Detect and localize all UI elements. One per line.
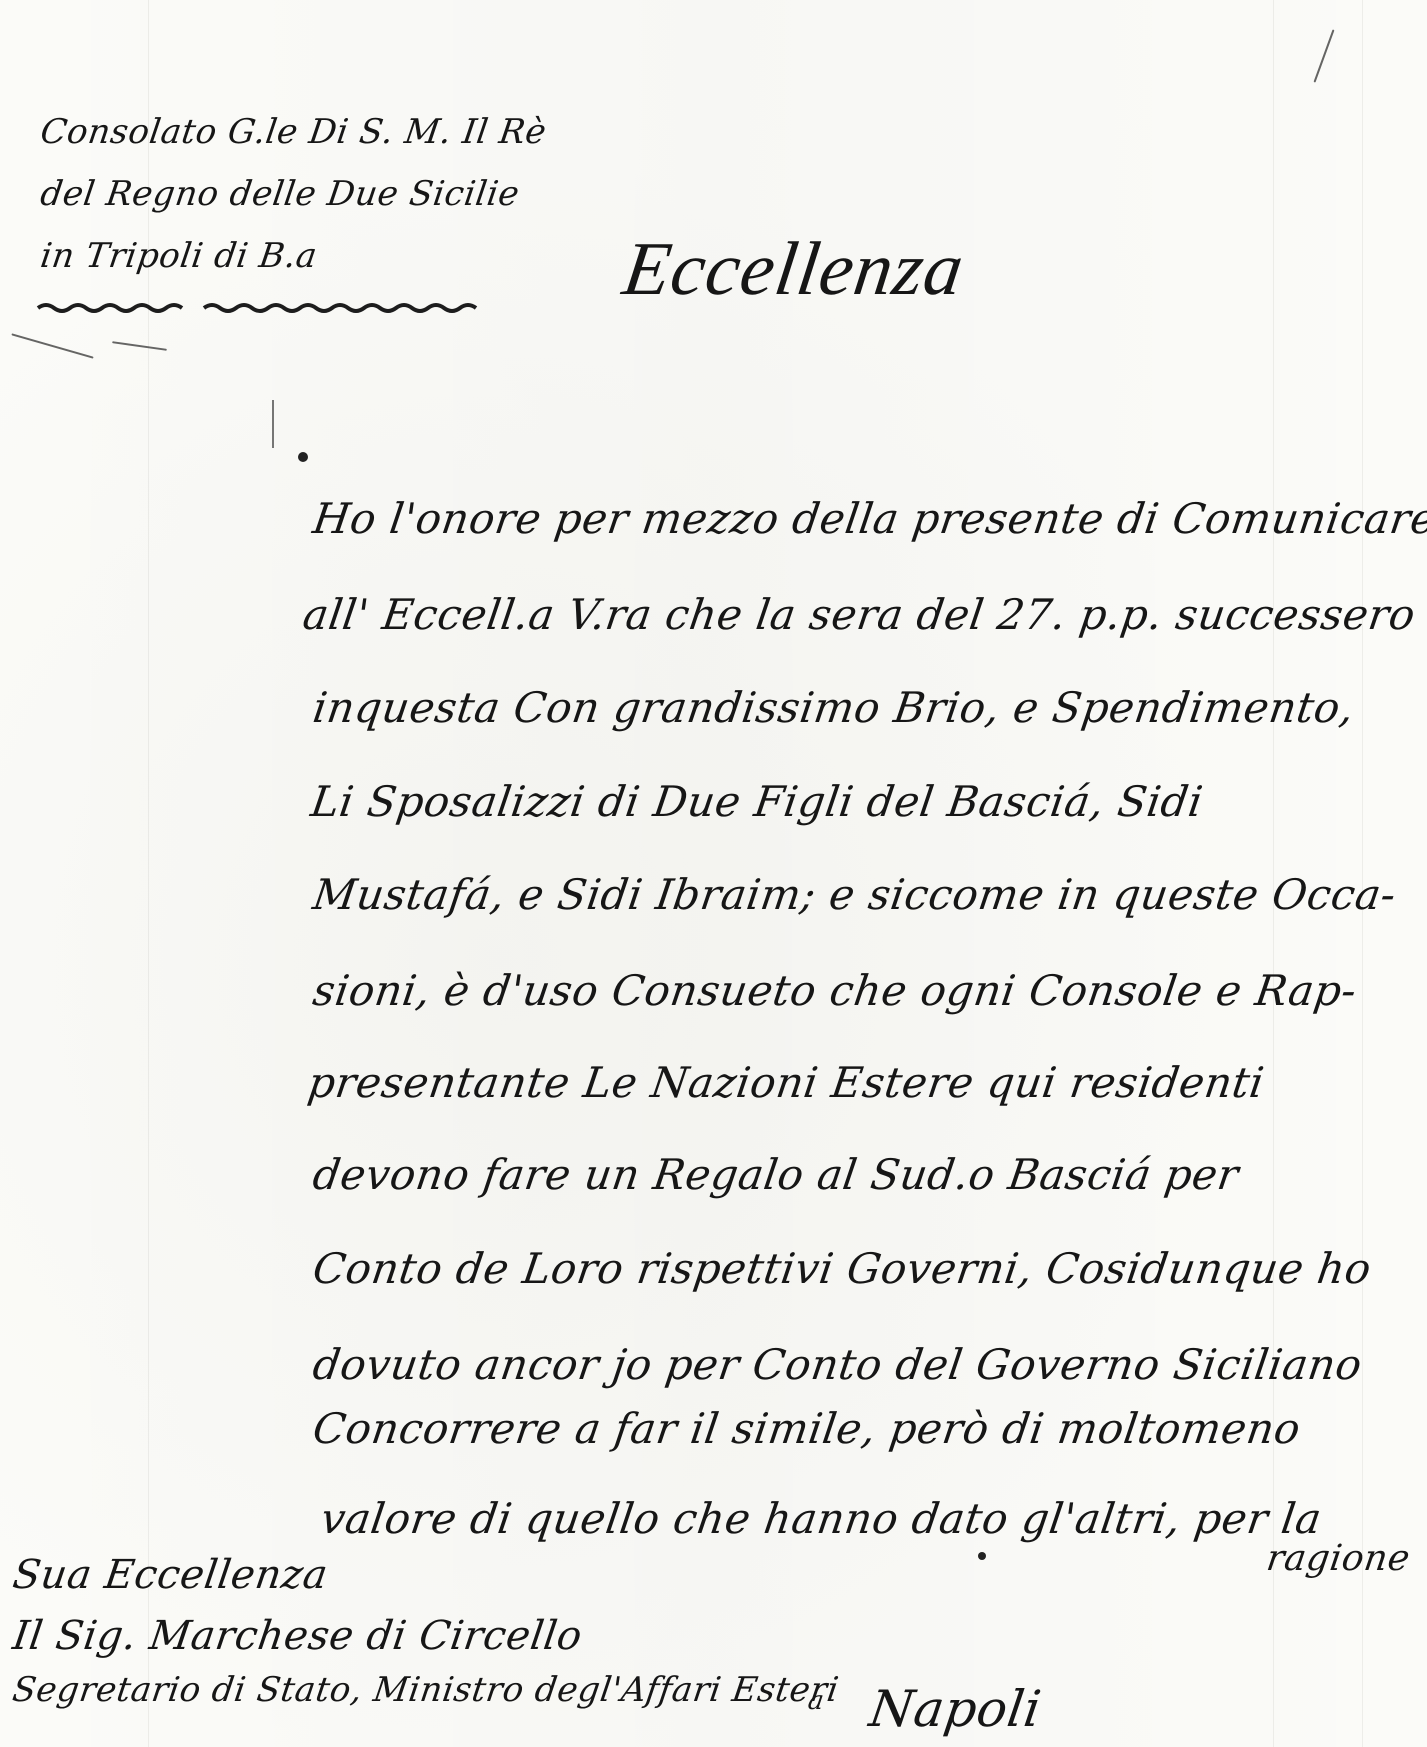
body-line-1: Ho l'onore per mezzo della presente di C…	[310, 494, 1427, 543]
stray-pen-mark	[112, 341, 167, 351]
consulate-header-line-2: del Regno delle Due Sicilie	[38, 174, 522, 214]
body-line-11: Concorrere a far il simile, però di molt…	[310, 1404, 1304, 1453]
body-line-4: Li Sposalizzi di Due Figli del Basciá, S…	[308, 777, 1206, 826]
addressee-city-prefix: a	[806, 1686, 826, 1716]
stray-pen-mark	[272, 400, 274, 448]
wavy-underline	[36, 300, 486, 314]
letter-page: Consolato G.le Di S. M. Il Rè del Regno …	[0, 0, 1427, 1747]
consulate-header-line-1: Consolato G.le Di S. M. Il Rè	[38, 112, 549, 152]
body-line-7: presentante Le Nazioni Estere qui reside…	[305, 1058, 1267, 1107]
body-line-12: valore di quello che hanno dato gl'altri…	[318, 1494, 1325, 1543]
addressee-line-3: Segretario di Stato, Ministro degl'Affar…	[10, 1670, 841, 1710]
body-line-9: Conto de Loro rispettivi Governi, Cosidu…	[310, 1244, 1374, 1293]
body-line-8: devono fare un Regalo al Sud.o Basciá pe…	[310, 1150, 1242, 1199]
body-line-5: Mustafá, e Sidi Ibraim; e siccome in que…	[310, 870, 1399, 919]
ink-dot	[298, 452, 308, 462]
addressee-city: Napoli	[866, 1680, 1045, 1738]
consulate-header-line-3: in Tripoli di B.a	[38, 236, 320, 276]
body-line-3: inquesta Con grandissimo Brio, e Spendim…	[310, 683, 1357, 732]
addressee-line-1: Sua Eccellenza	[10, 1552, 331, 1598]
catchword: ragione	[1264, 1538, 1413, 1579]
salutation: Eccellenza	[618, 226, 969, 313]
stray-pen-mark	[1313, 29, 1334, 82]
body-line-10: dovuto ancor jo per Conto del Governo Si…	[310, 1340, 1365, 1389]
stray-pen-mark	[11, 333, 93, 358]
body-line-2: all' Eccell.a V.ra che la sera del 27. p…	[300, 590, 1418, 639]
addressee-line-2: Il Sig. Marchese di Circello	[10, 1613, 585, 1659]
body-line-6: sioni, è d'uso Consueto che ogni Console…	[310, 966, 1360, 1015]
ink-dot	[978, 1552, 986, 1560]
